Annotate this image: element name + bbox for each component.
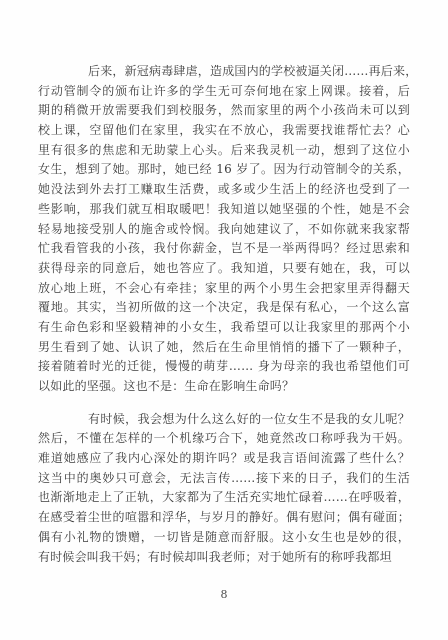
page-number: 8 [0,588,448,601]
text-line: 有时候会叫我干妈；有时候却叫我老师；对于她所有的称呼我都坦 [38,548,410,568]
text-line: 女生，想到了她。那时，她已经 16 岁了。因为行动管制令的关系， [38,160,410,180]
text-line: 难道她感应了我内心深处的期许吗？或是我言语间流露了些什么？ [38,449,410,469]
text-line: 偶有小礼物的馈赠，一切皆是随意而舒服。这小女生也是妙的很， [38,528,410,548]
text-line: 接着随着时光的迁徙，慢慢的萌芽…… 身为母亲的我也希望他们可 [38,357,410,377]
text-line: 也渐渐地走上了正轨，大家都为了生活充实地忙碌着……在呼吸着， [38,488,410,508]
text-line: 然后，不懂在怎样的一个机缘巧合下，她竟然改口称呼我为干妈。 [38,429,410,449]
text-line: 校上课，空留他们在家里，我实在不放心，我需要找谁帮忙去？心 [38,121,410,141]
text-line: 男生看到了她、认识了她，然后在生命里悄悄的播下了一颗种子， [38,338,410,358]
text-line: 期的稍微开放需要我们到校服务，然而家里的两个小孩尚未可以到 [38,101,410,121]
text-line: 她没法到外去打工赚取生活费，或多或少生活上的经济也受到了一 [38,180,410,200]
text-line: 有时候，我会想为什么这么好的一位女生不是我的女儿呢？ [38,410,410,430]
text-line: 在感受着尘世的喧嚣和浮华，与岁月的静好。偶有慰问；偶有碰面； [38,508,410,528]
paragraph-1: 后来，新冠病毒肆虐，造成国内的学校被逼关闭……再后来， 行动管制令的颁布让许多的… [38,62,410,397]
text-line: 覆地。其实，当初所做的这一个决定，我是保有私心，一个这么富 [38,298,410,318]
paragraph-2: 有时候，我会想为什么这么好的一位女生不是我的女儿呢？ 然后，不懂在怎样的一个机缘… [38,410,410,568]
document-page: 后来，新冠病毒肆虐，造成国内的学校被逼关闭……再后来， 行动管制令的颁布让许多的… [0,0,448,640]
text-line: 放心地上班，不会心有牵挂；家里的两个小男生会把家里弄得翻天 [38,279,410,299]
text-line: 行动管制令的颁布让许多的学生无可奈何地在家上网课。接着，后 [38,82,410,102]
text-line: 后来，新冠病毒肆虐，造成国内的学校被逼关闭……再后来， [38,62,410,82]
text-line: 些影响，那我们就互相取暖吧！我知道以她坚强的个性，她是不会 [38,200,410,220]
text-line: 忙我看管我的小孩，我付你薪金，岂不是一举两得吗？经过思索和 [38,239,410,259]
text-line: 轻易地接受别人的施舍或怜悯。我向她建议了，不如你就来我家帮 [38,220,410,240]
text-line: 有生命色彩和坚毅精神的小女生，我希望可以让我家里的那两个小 [38,318,410,338]
text-line: 以如此的坚强。这也不是：生命在影响生命吗？ [38,377,410,397]
text-body: 后来，新冠病毒肆虐，造成国内的学校被逼关闭……再后来， 行动管制令的颁布让许多的… [38,62,410,580]
text-line: 里有很多的焦虑和无助蒙上心头。后来我灵机一动，想到了这位小 [38,141,410,161]
text-line: 这当中的奥妙只可意会，无法言传……接下来的日子，我们的生活 [38,469,410,489]
text-line: 获得母亲的同意后，她也答应了。我知道，只要有她在，我，可以 [38,259,410,279]
